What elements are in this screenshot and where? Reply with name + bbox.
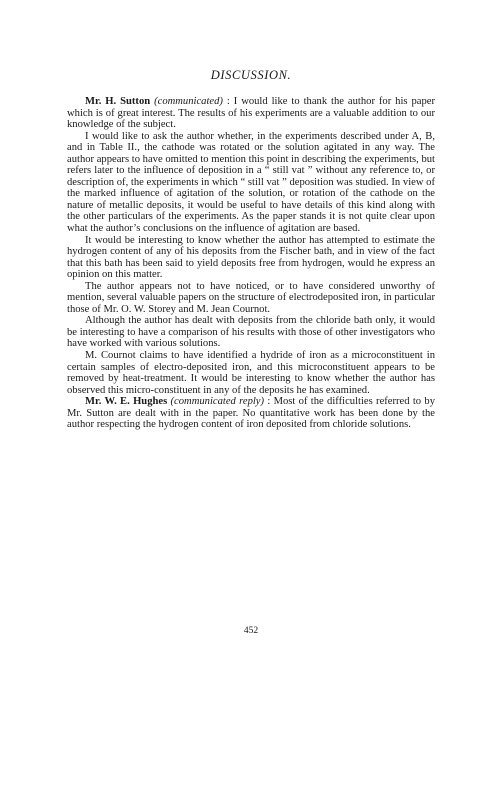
paragraph-hydride: M. Cournot claims to have identified a h… xyxy=(67,350,435,396)
speaker-name: Mr. W. E. Hughes xyxy=(85,396,167,407)
paragraph-agitation-question: I would like to ask the author whether, … xyxy=(67,131,435,235)
discussion-body: Mr. H. Sutton (communicated) : I would l… xyxy=(67,96,435,431)
paragraph-sutton-intro: Mr. H. Sutton (communicated) : I would l… xyxy=(67,96,435,131)
separator: : xyxy=(264,396,274,407)
speaker-role: (communicated) xyxy=(154,96,223,107)
speaker-role: (communicated reply) xyxy=(171,396,265,407)
speaker-name: Mr. H. Sutton xyxy=(85,96,150,107)
paragraph-references: The author appears not to have noticed, … xyxy=(67,281,435,316)
paragraph-hydrogen-question: It would be interesting to know whether … xyxy=(67,235,435,281)
paragraph-hughes-reply: Mr. W. E. Hughes (communicated reply) : … xyxy=(67,396,435,431)
page-number: 452 xyxy=(67,626,435,636)
paragraph-comparison: Although the author has dealt with depos… xyxy=(67,315,435,350)
page-title: DISCUSSION. xyxy=(67,68,435,83)
separator: : xyxy=(223,96,234,107)
